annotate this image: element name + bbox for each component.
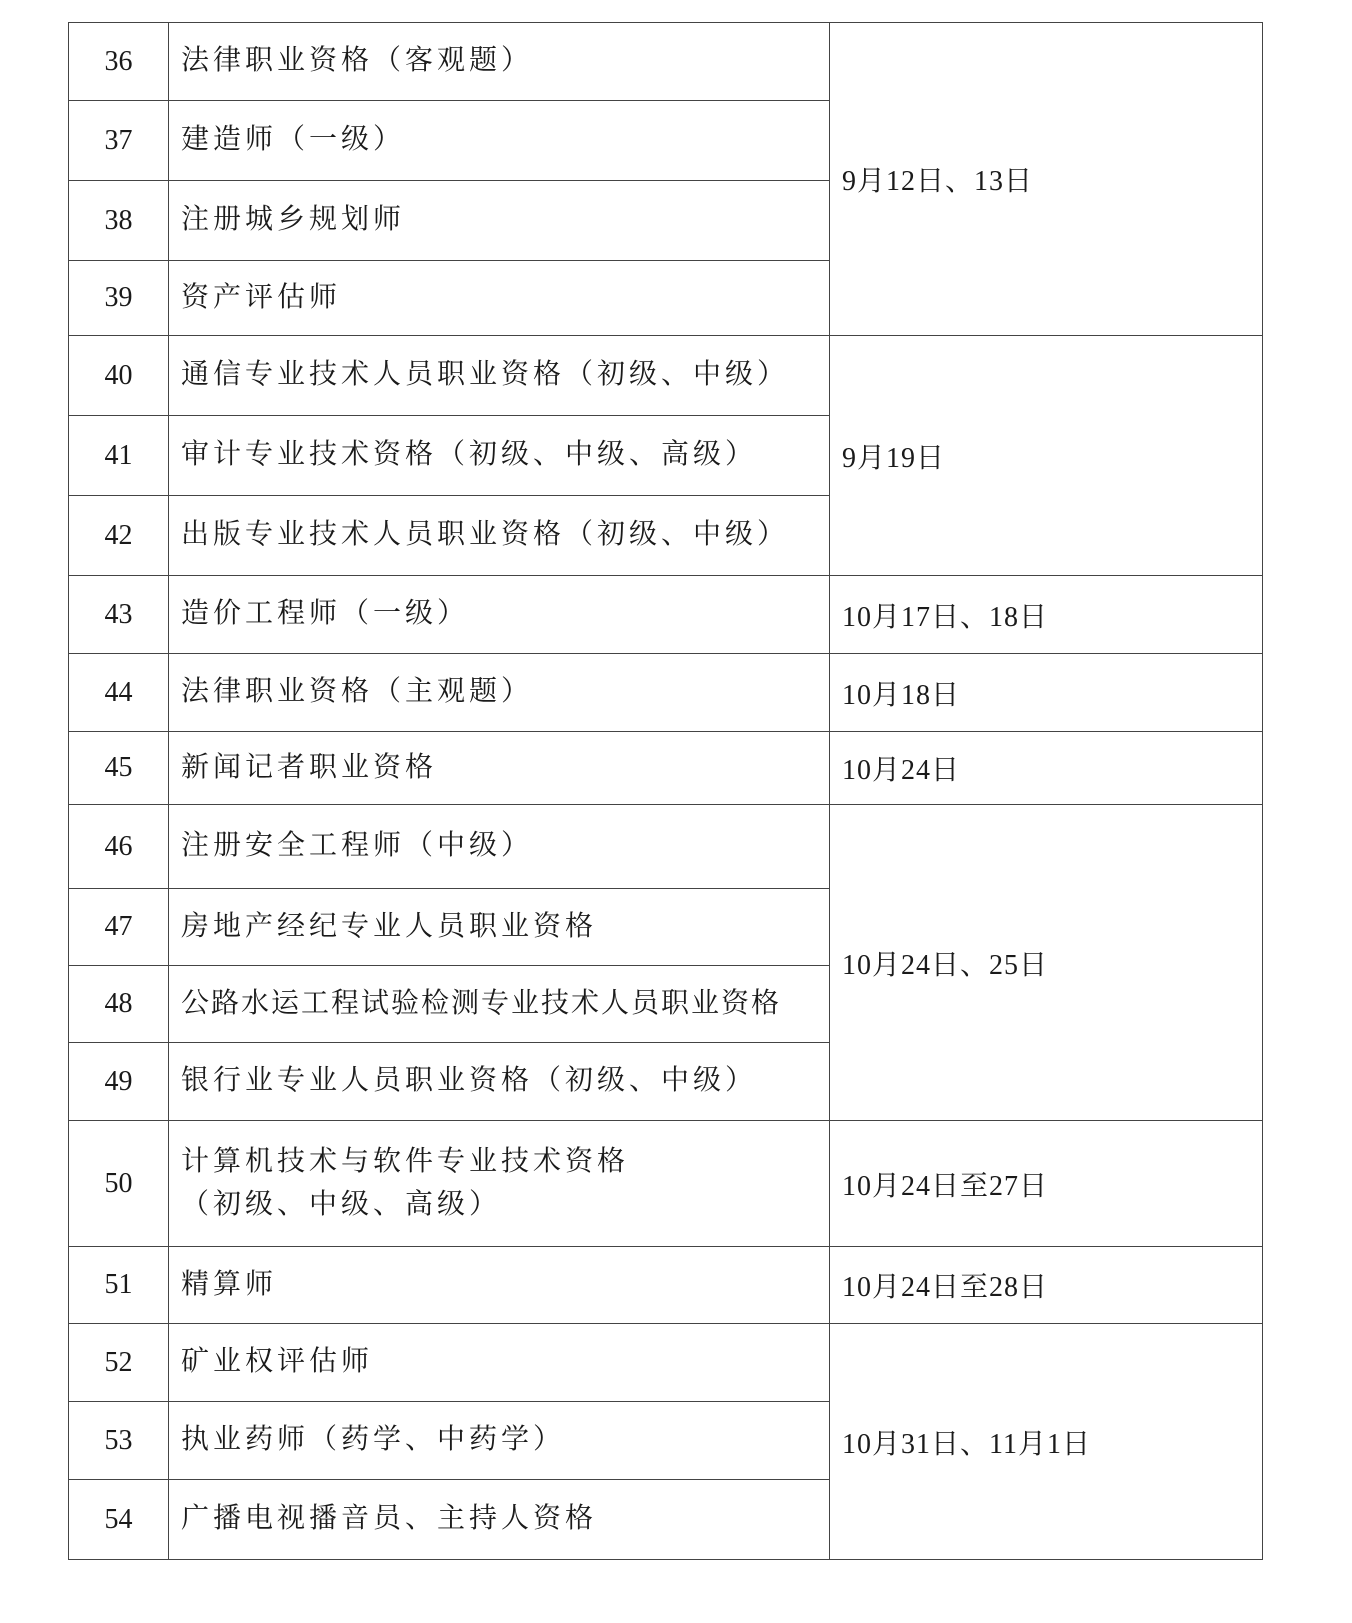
exam-date: 10月24日 [830,732,1263,805]
exam-name: 审计专业技术资格（初级、中级、高级） [169,416,830,496]
exam-name: 新闻记者职业资格 [169,732,830,805]
exam-name: 公路水运工程试验检测专业技术人员职业资格 [169,966,830,1043]
exam-number: 36 [69,23,169,101]
exam-number: 52 [69,1324,169,1402]
exam-number: 50 [69,1121,169,1247]
exam-number: 39 [69,261,169,336]
exam-name-levels: （初级、中级、高级） [181,1189,829,1221]
exam-number: 44 [69,654,169,732]
table-row: 46 注册安全工程师（中级） 10月24日、25日 [69,805,1263,889]
exam-name: 通信专业技术人员职业资格（初级、中级） [169,336,830,416]
exam-name: 矿业权评估师 [169,1324,830,1402]
exam-name: 注册城乡规划师 [169,181,830,261]
exam-name: 造价工程师（一级） [169,576,830,654]
exam-date: 10月24日、25日 [830,805,1263,1121]
exam-name: 资产评估师 [169,261,830,336]
exam-number: 49 [69,1043,169,1121]
exam-number: 37 [69,101,169,181]
exam-date: 10月17日、18日 [830,576,1263,654]
exam-name: 出版专业技术人员职业资格（初级、中级） [169,496,830,576]
table-row: 43 造价工程师（一级） 10月17日、18日 [69,576,1263,654]
exam-number: 42 [69,496,169,576]
exam-name: 执业药师（药学、中药学） [169,1402,830,1480]
exam-date: 9月19日 [830,336,1263,576]
table-row: 52 矿业权评估师 10月31日、11月1日 [69,1324,1263,1402]
exam-name: 广播电视播音员、主持人资格 [169,1480,830,1560]
exam-number: 46 [69,805,169,889]
exam-name: 法律职业资格（主观题） [169,654,830,732]
exam-name: 法律职业资格（客观题） [169,23,830,101]
exam-name: 注册安全工程师（中级） [169,805,830,889]
table-row: 44 法律职业资格（主观题） 10月18日 [69,654,1263,732]
exam-name: 房地产经纪专业人员职业资格 [169,889,830,966]
exam-number: 47 [69,889,169,966]
table-row: 51 精算师 10月24日至28日 [69,1247,1263,1324]
exam-name: 银行业专业人员职业资格（初级、中级） [169,1043,830,1121]
exam-name-cell: 计算机技术与软件专业技术资格 （初级、中级、高级） [169,1121,830,1247]
table-row: 45 新闻记者职业资格 10月24日 [69,732,1263,805]
exam-number: 40 [69,336,169,416]
exam-date: 10月18日 [830,654,1263,732]
exam-number: 54 [69,1480,169,1560]
table-row: 40 通信专业技术人员职业资格（初级、中级） 9月19日 [69,336,1263,416]
exam-date: 10月31日、11月1日 [830,1324,1263,1560]
table-row: 50 计算机技术与软件专业技术资格 （初级、中级、高级） 10月24日至27日 [69,1121,1263,1247]
exam-number: 53 [69,1402,169,1480]
exam-date: 9月12日、13日 [830,23,1263,336]
exam-number: 51 [69,1247,169,1324]
exam-number: 48 [69,966,169,1043]
exam-name: 计算机技术与软件专业技术资格 [181,1146,629,1177]
exam-number: 41 [69,416,169,496]
exam-date: 10月24日至27日 [830,1121,1263,1247]
exam-date: 10月24日至28日 [830,1247,1263,1324]
exam-schedule-table: 36 法律职业资格（客观题） 9月12日、13日 37 建造师（一级） 38 注… [68,22,1263,1560]
exam-name: 精算师 [169,1247,830,1324]
exam-number: 38 [69,181,169,261]
exam-name: 建造师（一级） [169,101,830,181]
exam-number: 45 [69,732,169,805]
table-row: 36 法律职业资格（客观题） 9月12日、13日 [69,23,1263,101]
exam-number: 43 [69,576,169,654]
